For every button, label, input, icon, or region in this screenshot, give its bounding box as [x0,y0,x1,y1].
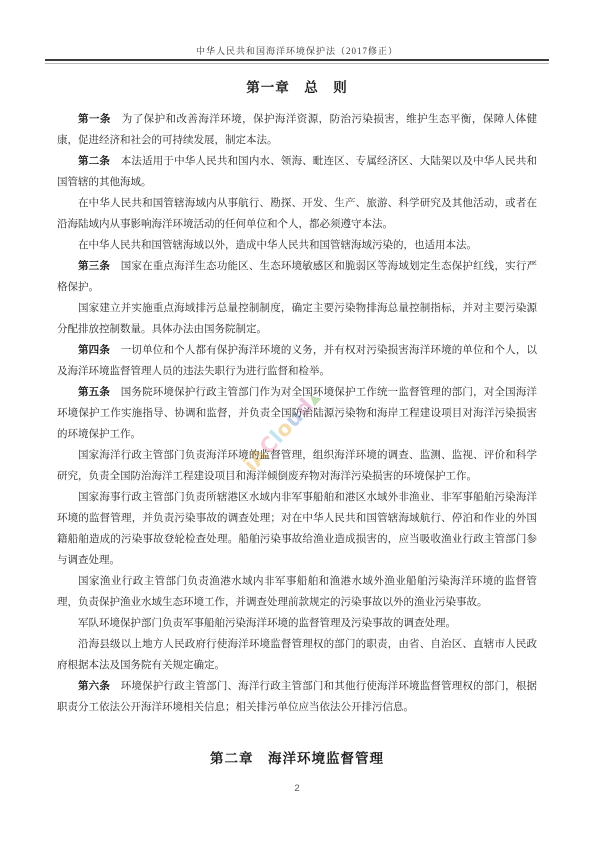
chapter-2-title: 第二章 海洋环境监督管理 [57,747,537,767]
paragraph-text: 国家海事行政主管部门负责所辖港区水域内非军事船舶和港区水域外非渔业、非军事船舶污… [57,492,537,566]
paragraph-text: 国家在重点海洋生态功能区、生态环境敏感区和脆弱区等海域划定生态保护红线，实行严格… [57,261,537,293]
paragraph: 军队环境保护部门负责军事船舶污染海洋环境的监督管理及污染事故的调查处理。 [57,613,537,634]
paragraph: 在中华人民共和国管辖海域内从事航行、勘探、开发、生产、旅游、科学研究及其他活动，… [57,193,537,235]
paragraph-text: 在中华人民共和国管辖海域内从事航行、勘探、开发、生产、旅游、科学研究及其他活动，… [57,198,537,230]
paragraph-text: 一切单位和个人都有保护海洋环境的义务，并有权对污染损害海洋环境的单位和个人，以及… [57,345,537,377]
paragraph: 国家建立并实施重点海域排污总量控制制度，确定主要污染物排海总量控制指标，并对主要… [57,298,537,340]
paragraph-text: 在中华人民共和国管辖海域以外，造成中华人民共和国管辖海域污染的，也适用本法。 [78,240,477,251]
paragraph: 国家海洋行政主管部门负责海洋环境的监督管理，组织海洋环境的调查、监测、监视、评价… [57,445,537,487]
paragraph-text: 本法适用于中华人民共和国内水、领海、毗连区、专属经济区、大陆架以及中华人民共和国… [57,156,537,188]
page-content: 第一章 总 则 第一条 为了保护和改善海洋环境，保护海洋资源，防治污染损害，维护… [57,76,537,767]
article-number: 第五条 [78,387,121,398]
paragraph: 第二条 本法适用于中华人民共和国内水、领海、毗连区、专属经济区、大陆架以及中华人… [57,151,537,193]
chapter-1-title: 第一章 总 则 [57,76,537,96]
paragraph: 第一条 为了保护和改善海洋环境，保护海洋资源，防治污染损害，维护生态平衡，保障人… [57,109,537,151]
header-rule [45,59,549,64]
paragraph-text: 国家海洋行政主管部门负责海洋环境的监督管理，组织海洋环境的调查、监测、监视、评价… [57,450,537,482]
paragraph: 沿海县级以上地方人民政府行使海洋环境监督管理权的部门的职责，由省、自治区、直辖市… [57,634,537,676]
paragraph: 第五条 国务院环境保护行政主管部门作为对全国环境保护工作统一监督管理的部门，对全… [57,382,537,445]
article-number: 第六条 [78,681,121,692]
paragraph: 在中华人民共和国管辖海域以外，造成中华人民共和国管辖海域污染的，也适用本法。 [57,235,537,256]
paragraph-text: 为了保护和改善海洋环境，保护海洋资源，防治污染损害，维护生态平衡，保障人体健康，… [57,114,537,146]
paragraph: 国家海事行政主管部门负责所辖港区水域内非军事船舶和港区水域外非渔业、非军事船舶污… [57,487,537,571]
paragraph: 第六条 环境保护行政主管部门、海洋行政主管部门和其他行使海洋环境监督管理权的部门… [57,676,537,718]
article-number: 第一条 [78,114,122,125]
paragraph-text: 国家建立并实施重点海域排污总量控制制度，确定主要污染物排海总量控制指标，并对主要… [57,303,537,335]
paragraph: 第四条 一切单位和个人都有保护海洋环境的义务，并有权对污染损害海洋环境的单位和个… [57,340,537,382]
paragraph-text: 军队环境保护部门负责军事船舶污染海洋环境的监督管理及污染事故的调查处理。 [78,618,456,629]
article-number: 第二条 [78,156,121,167]
paragraph-text: 沿海县级以上地方人民政府行使海洋环境监督管理权的部门的职责，由省、自治区、直辖市… [57,639,537,671]
document-page: 中华人民共和国海洋环境保护法（2017修正） iACloud▴ 第一章 总 则 … [0,0,594,842]
paragraph: 国家渔业行政主管部门负责渔港水域内非军事船舶和渔港水域外渔业船舶污染海洋环境的监… [57,571,537,613]
article-number: 第四条 [78,345,121,356]
paragraph-text: 环境保护行政主管部门、海洋行政主管部门和其他行使海洋环境监督管理权的部门，根据职… [57,681,537,713]
paragraph: 第三条 国家在重点海洋生态功能区、生态环境敏感区和脆弱区等海域划定生态保护红线，… [57,256,537,298]
paragraphs: 第一条 为了保护和改善海洋环境，保护海洋资源，防治污染损害，维护生态平衡，保障人… [57,109,537,718]
running-header: 中华人民共和国海洋环境保护法（2017修正） [45,44,549,57]
paragraph-text: 国家渔业行政主管部门负责渔港水域内非军事船舶和渔港水域外渔业船舶污染海洋环境的监… [57,576,537,608]
paragraph-text: 国务院环境保护行政主管部门作为对全国环境保护工作统一监督管理的部门，对全国海洋环… [57,387,537,440]
page-number: 2 [0,783,594,794]
article-number: 第三条 [78,261,121,272]
